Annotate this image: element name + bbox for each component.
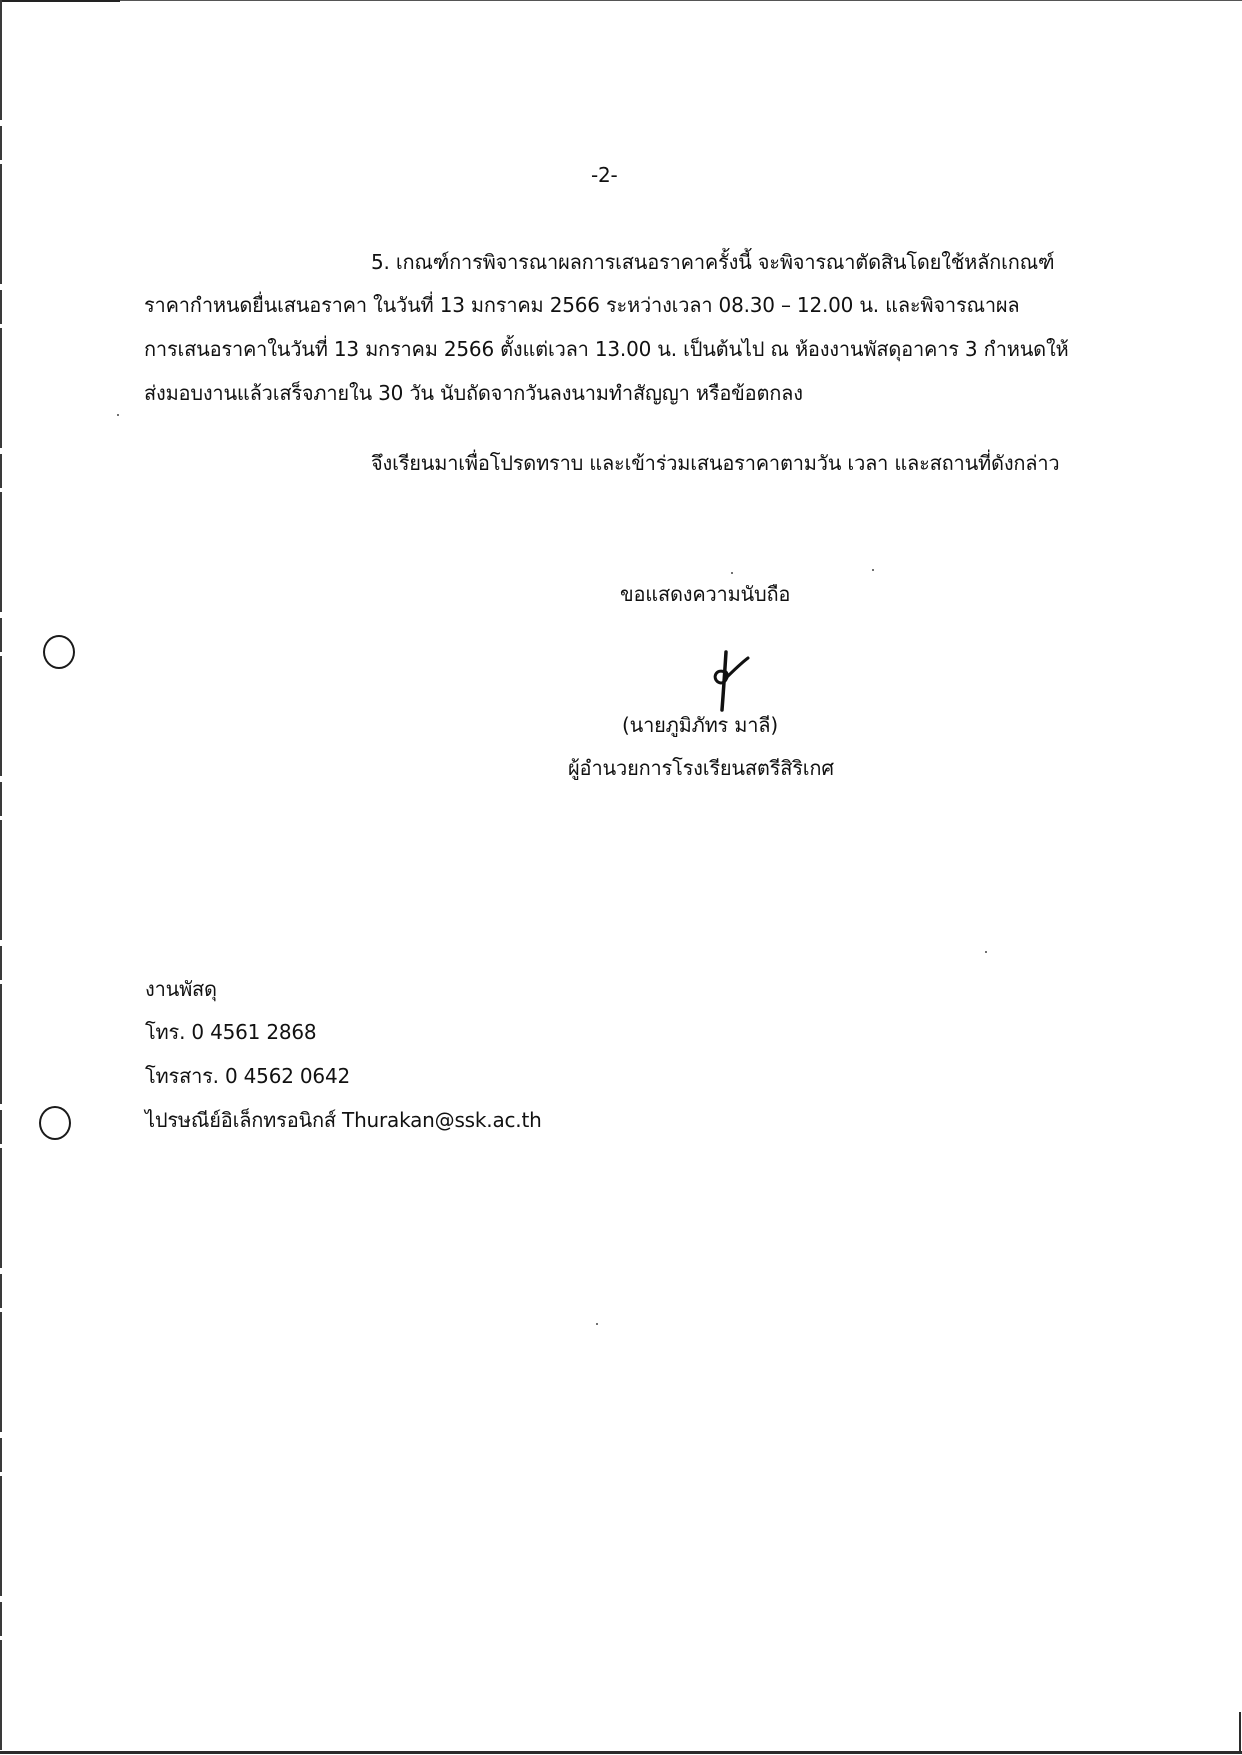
scan-edge-left [0,0,2,1750]
scan-speck [731,572,733,574]
contact-email: ไปรษณีย์อิเล็กทรอนิกส์ Thurakan@ssk.ac.t… [145,1108,542,1132]
paragraph-line: ราคากำหนดยื่นเสนอราคา ในวันที่ 13 มกราคม… [144,293,1019,317]
handwritten-signature-icon [706,650,750,712]
document-page: -2- 5. เกณฑ์การพิจารณาผลการเสนอราคาครั้ง… [0,0,1242,1755]
closing-statement: จึงเรียนมาเพื่อโปรดทราบ และเข้าร่วมเสนอร… [371,451,1059,475]
scan-speck [985,951,987,953]
signer-name: (นายภูมิภัทร มาลี) [622,713,778,737]
scan-speck [596,1323,598,1325]
contact-fax: โทรสาร. 0 4562 0642 [145,1064,350,1088]
punch-hole-circle-icon [39,1106,71,1140]
contact-phone: โทร. 0 4561 2868 [145,1020,316,1044]
scan-speck [872,569,874,571]
scan-edge-top-mark [0,0,120,2]
scan-edge-right [1239,1712,1241,1754]
salutation: ขอแสดงความนับถือ [620,582,790,606]
scan-edge-bottom [0,1751,1242,1754]
signer-title: ผู้อำนวยการโรงเรียนสตรีสิริเกศ [568,756,834,780]
paragraph-line: การเสนอราคาในวันที่ 13 มกราคม 2566 ตั้งแ… [144,337,1069,361]
punch-hole-circle-icon [43,635,75,669]
page-number: -2- [591,163,618,187]
paragraph-line: 5. เกณฑ์การพิจารณาผลการเสนอราคาครั้งนี้ … [371,250,1054,274]
scan-edge-top [0,0,1242,1]
contact-department: งานพัสดุ [145,977,217,1001]
paragraph-line: ส่งมอบงานแล้วเสร็จภายใน 30 วัน นับถัดจาก… [144,381,803,405]
scan-speck [117,414,119,416]
